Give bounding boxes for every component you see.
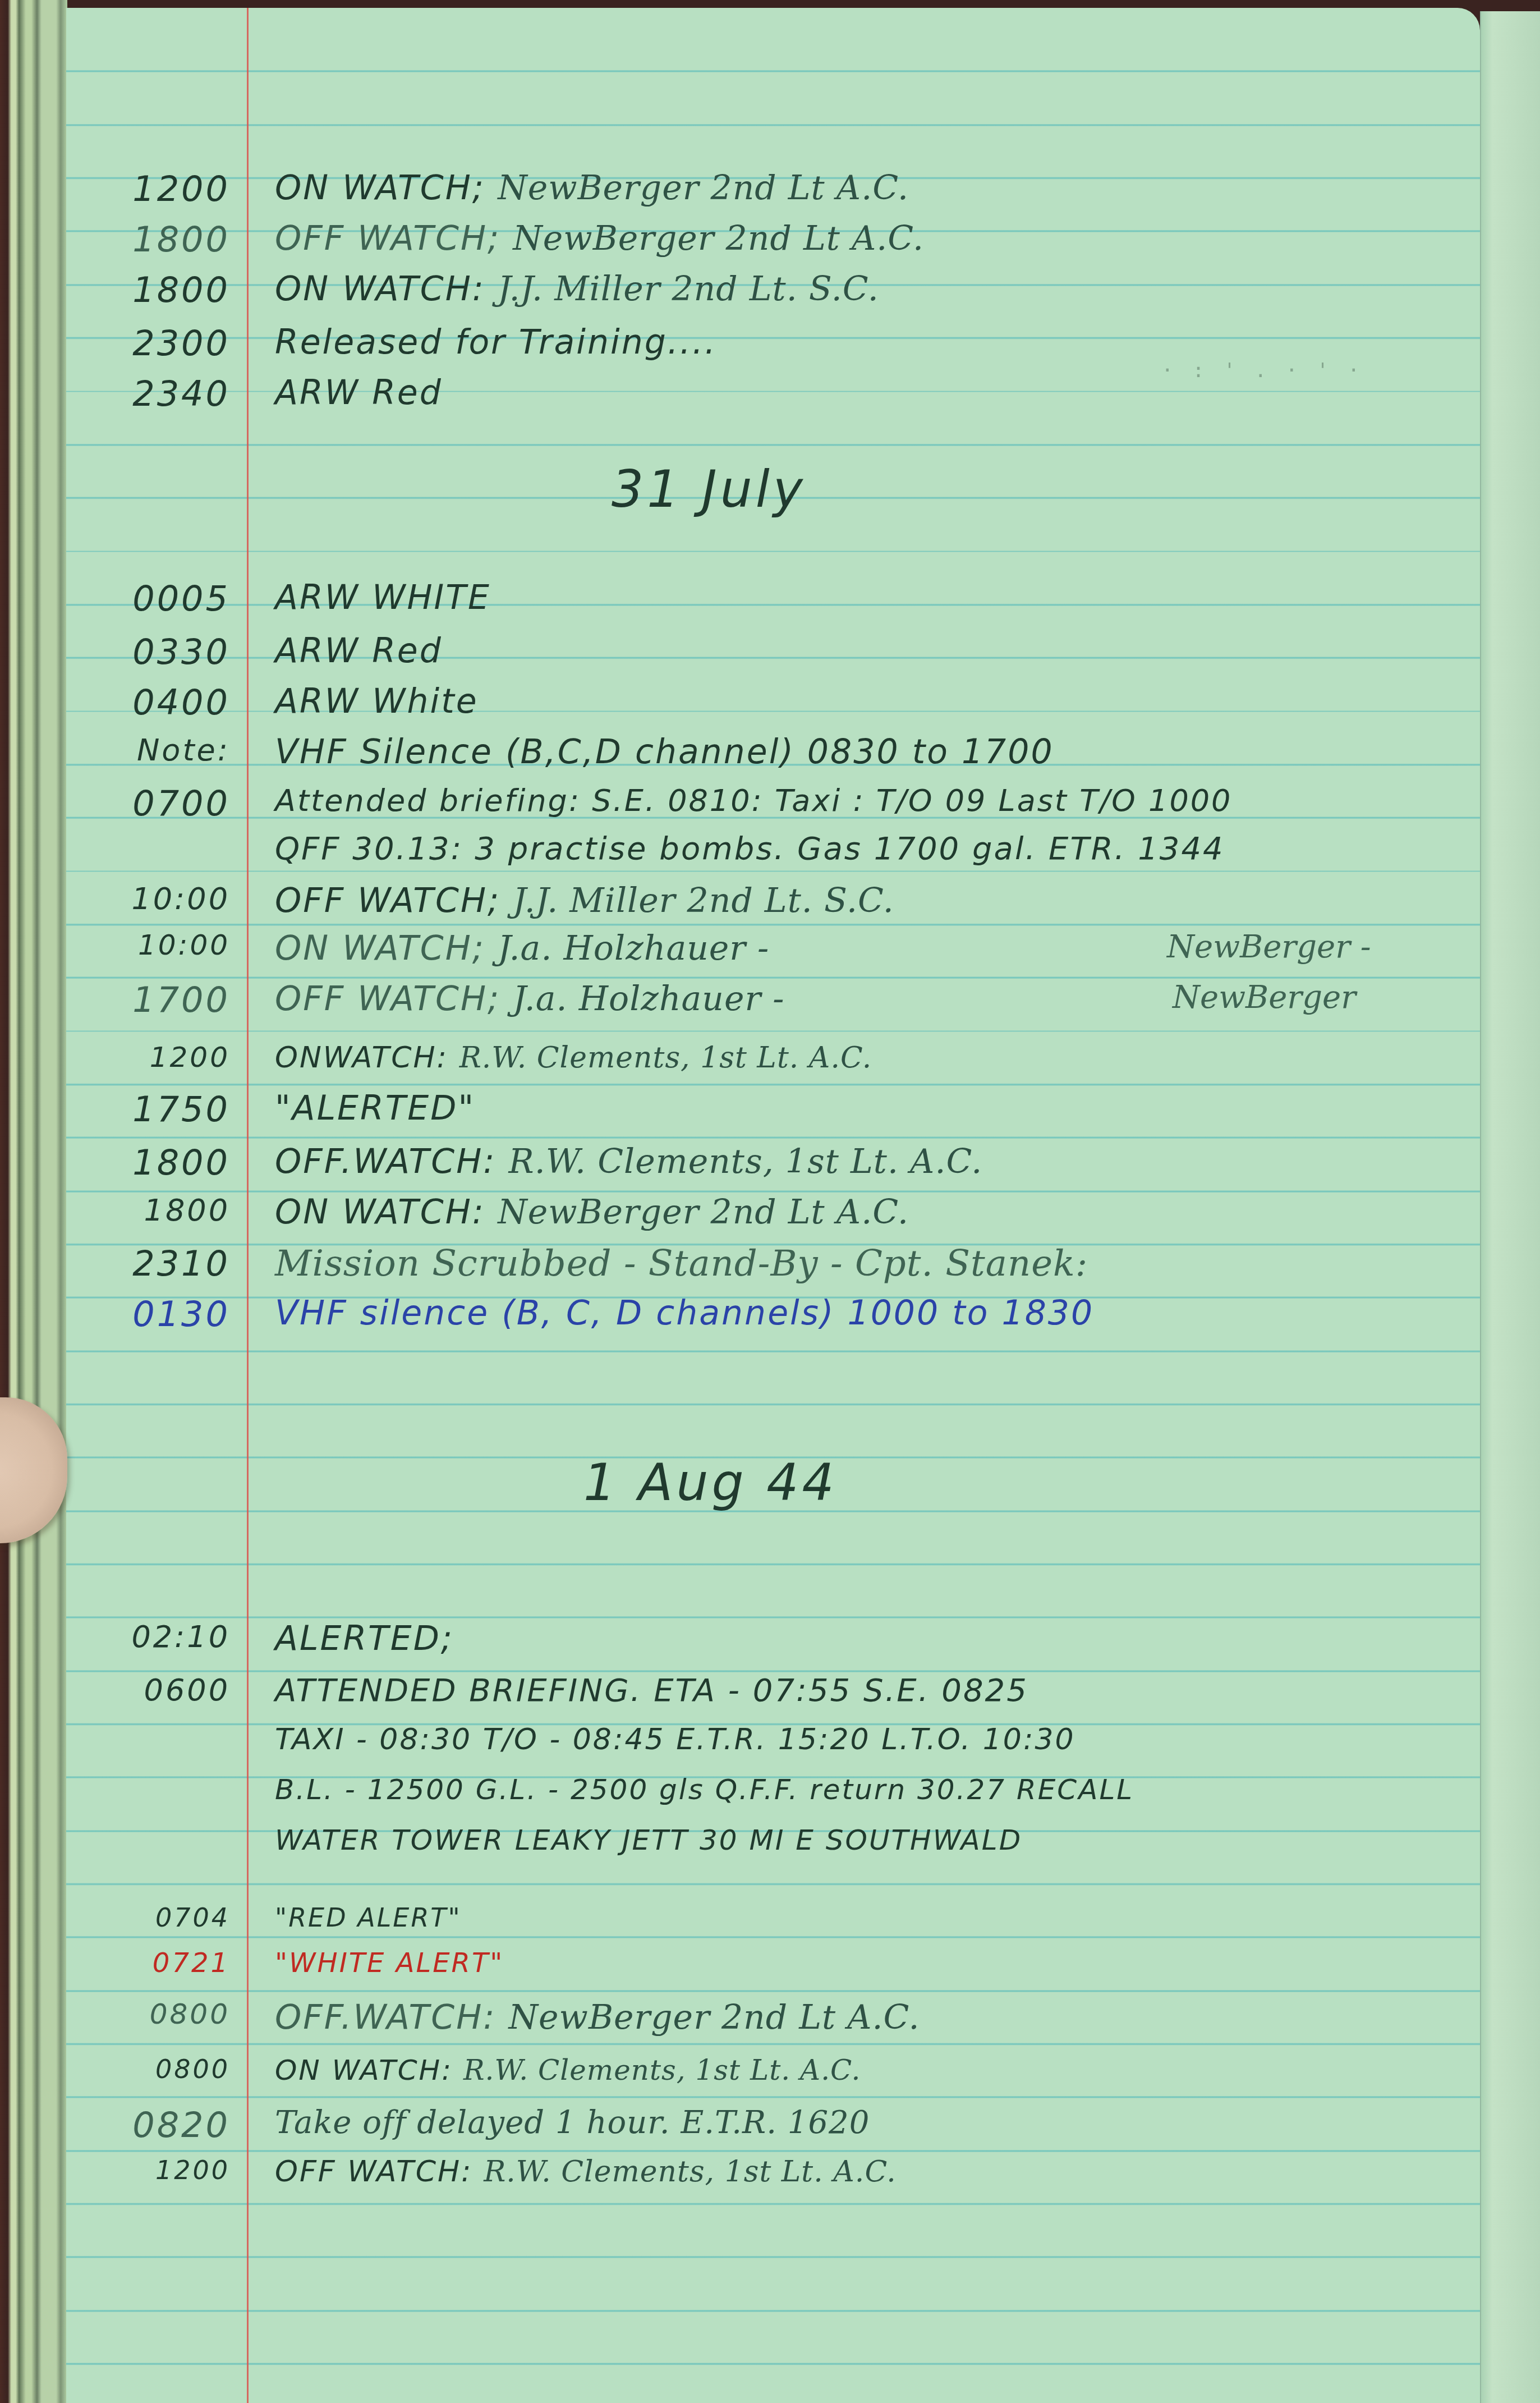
entry-time: 0800 [62,1998,230,2030]
entry-time: 1800 [62,1193,230,1228]
log-entry: 0721 "WHITE ALERT" [0,1947,1515,1998]
log-entry-continuation: TAXI - 08:30 T/O - 08:45 E.T.R. 15:20 L.… [0,1723,1515,1773]
log-entry: 0700 Attended briefing: S.E. 0810: Taxi … [0,783,1515,833]
entry-action: OFF WATCH; [275,881,513,920]
entry-signature: NewBerger 2nd Lt A.C. [509,1998,920,2037]
entry-time: 0005 [62,578,230,619]
log-entry: 2340 ARW Red [0,373,1515,424]
log-entry: 1800 OFF.WATCH: R.W. Clements, 1st Lt. A… [0,1142,1515,1193]
entry-time: 0800 [62,2054,230,2084]
entry-time: 2300 [62,323,230,364]
entry-text: VHF silence (B, C, D channels) 1000 to 1… [275,1294,1094,1333]
entry-action: ON WATCH; [275,168,498,208]
log-entry: 1800 ON WATCH: NewBerger 2nd Lt A.C. [0,1193,1515,1243]
entry-text: ARW White [275,682,479,721]
entry-signature: R.W. Clements, 1st Lt. A.C. [509,1142,983,1181]
log-entry-note: Note: VHF Silence (B,C,D channel) 0830 t… [0,732,1515,783]
entry-text: ALERTED; [275,1619,454,1658]
entry-time: 0721 [62,1947,230,1979]
entry-action: OFF.WATCH: [275,1998,509,2037]
date-heading: 1 Aug 44 [583,1453,838,1512]
entry-action: OFF WATCH; [275,979,513,1019]
entry-action: OFF WATCH; [275,219,513,258]
entry-text: Released for Training.... [275,323,717,362]
log-entry: 10:00 OFF WATCH; J.J. Miller 2nd Lt. S.C… [0,881,1515,932]
entry-time: 1800 [62,219,230,260]
entry-time: 0820 [62,2104,230,2145]
entry-signature: J.J. Miller 2nd Lt. S.C. [513,881,894,920]
entry-text: OFF.WATCH: NewBerger 2nd Lt A.C. [275,1998,920,2037]
entry-signature: NewBerger 2nd Lt A.C. [498,168,909,208]
relief-signature: NewBerger - [1167,929,1371,965]
entry-time: 0600 [62,1672,230,1708]
log-entry: 1200 OFF WATCH: R.W. Clements, 1st Lt. A… [0,2155,1515,2205]
entry-signature: R.W. Clements, 1st Lt. A.C. [463,2054,861,2086]
entry-text: ON WATCH: NewBerger 2nd Lt A.C. [275,1193,909,1232]
entry-text: ARW Red [275,373,443,412]
entry-signature: R.W. Clements, 1st Lt. A.C. [459,1041,872,1075]
entry-time: 0400 [62,682,230,723]
log-entry-continuation: WATER TOWER LEAKY JETT 30 MI E SOUTHWALD [0,1824,1515,1874]
log-entry: 0820 Take off delayed 1 hour. E.T.R. 162… [0,2104,1515,2155]
entry-text: OFF WATCH: R.W. Clements, 1st Lt. A.C. [275,2155,897,2189]
log-entry: 0005 ARW WHITE [0,578,1515,629]
entry-time: 02:10 [62,1619,230,1654]
entry-text: ON WATCH; NewBerger 2nd Lt A.C. [275,168,909,208]
entry-time: 0130 [62,1294,230,1335]
entry-time: 1800 [62,1142,230,1183]
log-entry: 0330 ARW Red [0,631,1515,682]
entry-time: 10:00 [62,881,230,916]
entry-action: OFF.WATCH: [275,1142,509,1181]
entry-text: ARW Red [275,631,443,671]
log-entry: 0400 ARW White [0,682,1515,732]
log-entry: 0600 ATTENDED BRIEFING. ETA - 07:55 S.E.… [0,1672,1515,1723]
entry-text: ON WATCH: J.J. Miller 2nd Lt. S.C. [275,269,879,309]
entry-text: OFF WATCH; J.J. Miller 2nd Lt. S.C. [275,881,894,920]
entry-text: OFF WATCH; J.a. Holzhauer - [275,979,785,1019]
entry-text: "ALERTED" [275,1089,475,1128]
log-entry: 1800 OFF WATCH; NewBerger 2nd Lt A.C. [0,219,1515,269]
entry-text: B.L. - 12500 G.L. - 2500 gls Q.F.F. retu… [275,1773,1134,1806]
entry-text: ARW WHITE [275,578,491,617]
entry-text: OFF WATCH; NewBerger 2nd Lt A.C. [275,219,924,258]
log-entry: 0130 VHF silence (B, C, D channels) 1000… [0,1294,1515,1344]
log-entry: 02:10 ALERTED; [0,1619,1515,1670]
entry-signature: NewBerger 2nd Lt A.C. [513,219,924,258]
entry-action: ONWATCH: [275,1041,459,1075]
entry-text: ON WATCH; J.a. Holzhauer - [275,929,769,968]
entry-signature: R.W. Clements, 1st Lt. A.C. [484,2155,897,2189]
date-heading: 31 July [612,460,806,519]
entry-time: 2340 [62,373,230,414]
entry-text: VHF Silence (B,C,D channel) 0830 to 1700 [275,732,1054,772]
entry-time: 1200 [62,168,230,209]
entry-text: Take off delayed 1 hour. E.T.R. 1620 [275,2104,870,2141]
entry-text: Mission Scrubbed - Stand-By - Cpt. Stane… [275,1243,1088,1285]
entry-time: 10:00 [62,929,230,961]
entry-signature: J.J. Miller 2nd Lt. S.C. [498,269,879,309]
entry-signature: NewBerger 2nd Lt A.C. [498,1193,909,1232]
log-entry: 0800 OFF.WATCH: NewBerger 2nd Lt A.C. [0,1998,1515,2048]
entry-text: Attended briefing: S.E. 0810: Taxi : T/O… [275,783,1232,818]
log-entry: 2300 Released for Training.... [0,323,1515,373]
entry-label: Note: [62,732,230,768]
entry-signature: J.a. Holzhauer - [498,929,769,968]
entry-text: QFF 30.13: 3 practise bombs. Gas 1700 ga… [275,831,1225,867]
entry-time: 1800 [62,269,230,310]
entry-text: ATTENDED BRIEFING. ETA - 07:55 S.E. 0825 [275,1672,1028,1709]
entry-action: ON WATCH; [275,929,498,968]
entry-action: ON WATCH: [275,269,498,309]
entry-text: ONWATCH: R.W. Clements, 1st Lt. A.C. [275,1041,872,1075]
log-entry: 1200 ON WATCH; NewBerger 2nd Lt A.C. [0,168,1515,219]
entry-text: ON WATCH: R.W. Clements, 1st Lt. A.C. [275,2054,861,2086]
entry-time: 1200 [62,2155,230,2185]
entry-time: 1750 [62,1089,230,1130]
log-entry: 10:00 ON WATCH; J.a. Holzhauer - NewBerg… [0,929,1515,979]
entry-text: WATER TOWER LEAKY JETT 30 MI E SOUTHWALD [275,1824,1022,1856]
log-entry: 1200 ONWATCH: R.W. Clements, 1st Lt. A.C… [0,1041,1515,1092]
entry-text: OFF.WATCH: R.W. Clements, 1st Lt. A.C. [275,1142,982,1181]
relief-signature: NewBerger [1173,979,1356,1016]
log-entry: 0800 ON WATCH: R.W. Clements, 1st Lt. A.… [0,2054,1515,2104]
entry-time: 2310 [62,1243,230,1284]
log-entry: 1750 "ALERTED" [0,1089,1515,1139]
log-entry: 1800 ON WATCH: J.J. Miller 2nd Lt. S.C. [0,269,1515,320]
entry-action: ON WATCH: [275,1193,498,1232]
entry-time: 0330 [62,631,230,672]
log-entry: 1700 OFF WATCH; J.a. Holzhauer - NewBerg… [0,979,1515,1030]
entry-time: 1700 [62,979,230,1020]
entry-time: 1200 [62,1041,230,1074]
entry-time: 0700 [62,783,230,824]
log-entry: 2310 Mission Scrubbed - Stand-By - Cpt. … [0,1243,1515,1294]
entry-text: TAXI - 08:30 T/O - 08:45 E.T.R. 15:20 L.… [275,1723,1075,1757]
entry-signature: J.a. Holzhauer - [513,979,784,1019]
entry-time: 0704 [62,1902,230,1933]
entry-text: "RED ALERT" [275,1902,462,1933]
entry-text: "WHITE ALERT" [275,1947,504,1979]
log-entry-continuation: QFF 30.13: 3 practise bombs. Gas 1700 ga… [0,831,1515,881]
entry-action: OFF WATCH: [275,2155,484,2189]
entry-action: ON WATCH: [275,2054,463,2086]
log-entry-continuation: B.L. - 12500 G.L. - 2500 gls Q.F.F. retu… [0,1773,1515,1824]
log-entry: 0704 "RED ALERT" [0,1902,1515,1953]
